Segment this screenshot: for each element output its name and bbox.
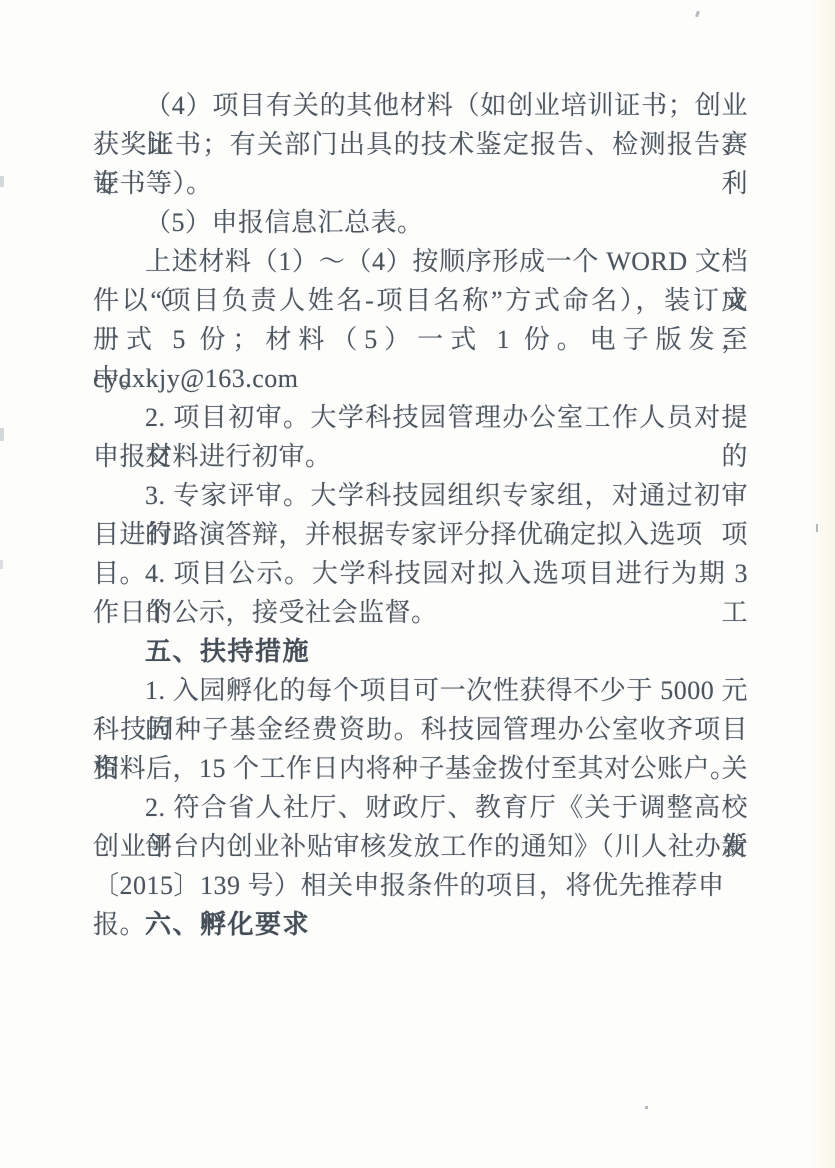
text-line: 科技园种子基金经费资助。科技园管理办公室收齐项目相关 [93,710,748,749]
text-line: 2. 符合省人社厅、财政厅、教育厅《关于调整高校创新 [93,788,748,827]
section-heading-incubation-requirements: 六、孵化要求 [93,905,748,944]
text-line: 〔2015〕139 号）相关申报条件的项目，将优先推荐申报。 [93,866,748,905]
scan-speck [0,560,3,569]
text-line: 1. 入园孵化的每个项目可一次性获得不少于 5000 元的 [93,671,748,710]
text-line: 3. 专家评审。大学科技园组织专家组，对通过初审的项 [93,476,748,515]
text-line: 目进行路演答辩，并根据专家评分择优确定拟入选项目。 [93,515,748,554]
text-line: 一式 5 份；材料（5）一式 1 份。电子版发至 cydxkjy@163.com [93,320,748,359]
text-line: （4）项目有关的其他材料（如创业培训证书；创业比赛 [93,86,748,125]
document-text-block: （4）项目有关的其他材料（如创业培训证书；创业比赛 获奖证书；有关部门出具的技术… [93,86,748,944]
text-line: 件以“项目负责人姓名-项目名称”方式命名），装订成册， [93,281,748,320]
scan-edge-tint [809,0,835,1168]
scan-speck [0,428,4,441]
scan-speck [645,1106,648,1109]
scan-speck [0,176,4,187]
text-line: 创业平台内创业补贴审核发放工作的通知》（川人社办发 [93,827,748,866]
document-page: （4）项目有关的其他材料（如创业培训证书；创业比赛 获奖证书；有关部门出具的技术… [0,0,835,1168]
section-heading-support-measures: 五、扶持措施 [93,632,748,671]
text-line: （5）申报信息汇总表。 [93,203,748,242]
text-line: 获奖证书；有关部门出具的技术鉴定报告、检测报告、专利 [93,125,748,164]
scan-speck [816,524,818,532]
text-line: 资料后，15 个工作日内将种子基金拨付至其对公账户。 [93,749,748,788]
text-line: 2. 项目初审。大学科技园管理办公室工作人员对提交的 [93,398,748,437]
text-line: 4. 项目公示。大学科技园对拟入选项目进行为期 3 个工 [93,554,748,593]
scan-speck [695,11,700,18]
text-line: 上述材料（1）～（4）按顺序形成一个 WORD 文档（文 [93,242,748,281]
